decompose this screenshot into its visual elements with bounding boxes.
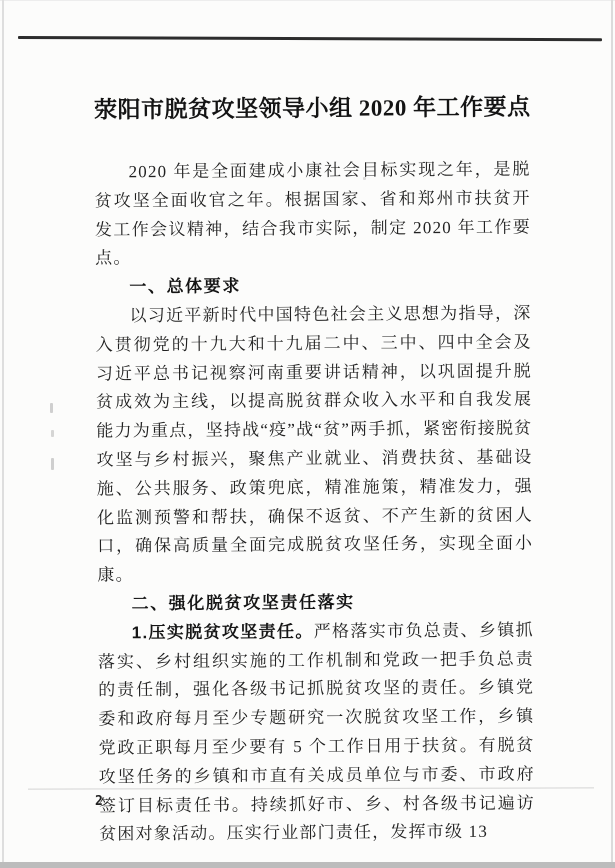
paragraph-intro: 2020 年是全面建成小康社会目标实现之年，是脱贫攻坚全面收官之年。根据国家、省… [94,155,531,273]
paragraph-body-text: 严格落实市负总责、乡镇抓落实、乡村组织实施的工作机制和党政一把手负总责的责任制，… [98,620,535,844]
paragraph-responsibility: 1.压实脱贫攻坚责任。严格落实市负总责、乡镇抓落实、乡村组织实施的工作机制和党政… [98,616,536,849]
scan-edge-right [611,0,613,868]
page-number: 2 [95,794,103,809]
scan-edge-top [0,0,615,1]
scan-speckle [50,403,53,413]
scan-fold-line [18,36,602,41]
paragraph-bold-lead: 1.压实脱贫攻坚责任。 [132,622,314,642]
scan-edge-bottom [0,862,615,868]
section-heading-1: 一、总体要求 [95,271,531,303]
document-title: 荥阳市脱贫攻坚领导小组 2020 年工作要点 [94,92,530,124]
document-content: 荥阳市脱贫攻坚领导小组 2020 年工作要点 2020 年是全面建成小康社会目标… [94,92,535,849]
scan-edge-left [2,0,4,868]
scan-speckle [51,430,54,437]
section-heading-2: 二、强化脱贫攻坚责任落实 [97,587,533,619]
paragraph-overall-requirements: 以习近平新时代中国特色社会主义思想为指导，深入贯彻党的十九大和十九届二中、三中、… [95,299,533,590]
scan-speckle [51,458,54,470]
